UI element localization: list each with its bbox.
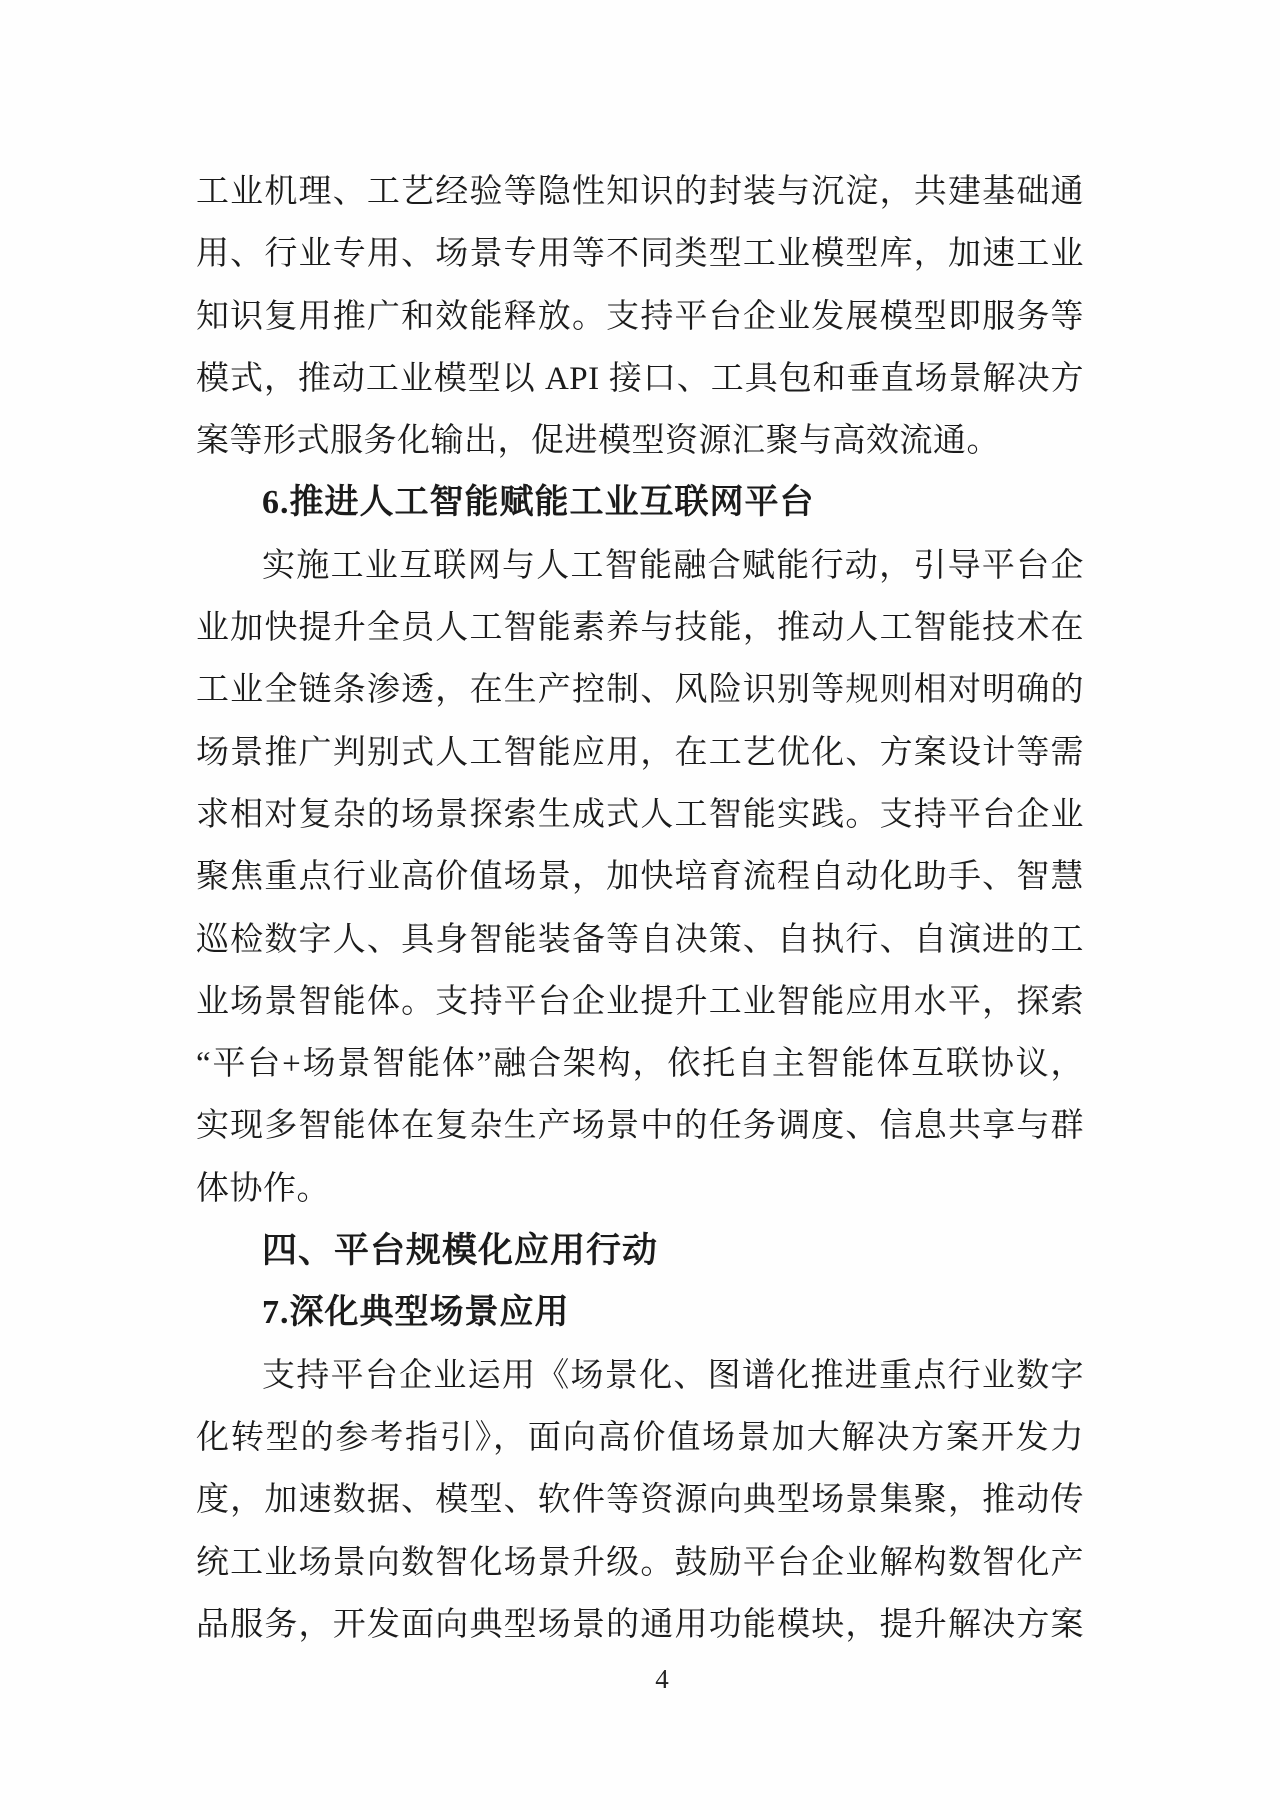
text-line: 知识复用推广和效能释放。支持平台企业发展模型即服务等 bbox=[196, 286, 1084, 348]
page-number: 4 bbox=[0, 1664, 1280, 1695]
text-line: 实现多智能体在复杂生产场景中的任务调度、信息共享与群 bbox=[196, 1095, 1084, 1157]
text-line: “平台+场景智能体”融合架构，依托自主智能体互联协议， bbox=[196, 1033, 1084, 1095]
text-line: 工业机理、工艺经验等隐性知识的封装与沉淀，共建基础通 bbox=[196, 161, 1084, 223]
text-line: 品服务，开发面向典型场景的通用功能模块，提升解决方案 bbox=[196, 1594, 1084, 1656]
document-page: 工业机理、工艺经验等隐性知识的封装与沉淀，共建基础通用、行业专用、场景专用等不同… bbox=[0, 0, 1280, 1810]
text-line: 场景推广判别式人工智能应用，在工艺优化、方案设计等需 bbox=[196, 722, 1084, 784]
text-line: 模式，推动工业模型以 API 接口、工具包和垂直场景解决方 bbox=[196, 348, 1084, 410]
text-line: 体协作。 bbox=[196, 1158, 1084, 1220]
text-line: 统工业场景向数智化场景升级。鼓励平台企业解构数智化产 bbox=[196, 1532, 1084, 1594]
text-line: 业加快提升全员人工智能素养与技能，推动人工智能技术在 bbox=[196, 597, 1084, 659]
text-line: 实施工业互联网与人工智能融合赋能行动，引导平台企 bbox=[196, 535, 1084, 597]
heading-line: 7.深化典型场景应用 bbox=[196, 1282, 1084, 1344]
text-line: 工业全链条渗透，在生产控制、风险识别等规则相对明确的 bbox=[196, 659, 1084, 721]
heading-line: 四、平台规模化应用行动 bbox=[196, 1220, 1084, 1282]
text-line: 求相对复杂的场景探索生成式人工智能实践。支持平台企业 bbox=[196, 784, 1084, 846]
text-line: 用、行业专用、场景专用等不同类型工业模型库，加速工业 bbox=[196, 223, 1084, 285]
text-line: 化转型的参考指引》，面向高价值场景加大解决方案开发力 bbox=[196, 1407, 1084, 1469]
text-line: 支持平台企业运用《场景化、图谱化推进重点行业数字 bbox=[196, 1345, 1084, 1407]
text-line: 聚焦重点行业高价值场景，加快培育流程自动化助手、智慧 bbox=[196, 846, 1084, 908]
text-line: 度，加速数据、模型、软件等资源向典型场景集聚，推动传 bbox=[196, 1469, 1084, 1531]
text-line: 巡检数字人、具身智能装备等自决策、自执行、自演进的工 bbox=[196, 909, 1084, 971]
heading-line: 6.推进人工智能赋能工业互联网平台 bbox=[196, 472, 1084, 534]
text-line: 案等形式服务化输出，促进模型资源汇聚与高效流通。 bbox=[196, 410, 1084, 472]
text-line: 业场景智能体。支持平台企业提升工业智能应用水平，探索 bbox=[196, 971, 1084, 1033]
document-content: 工业机理、工艺经验等隐性知识的封装与沉淀，共建基础通用、行业专用、场景专用等不同… bbox=[196, 161, 1084, 1656]
